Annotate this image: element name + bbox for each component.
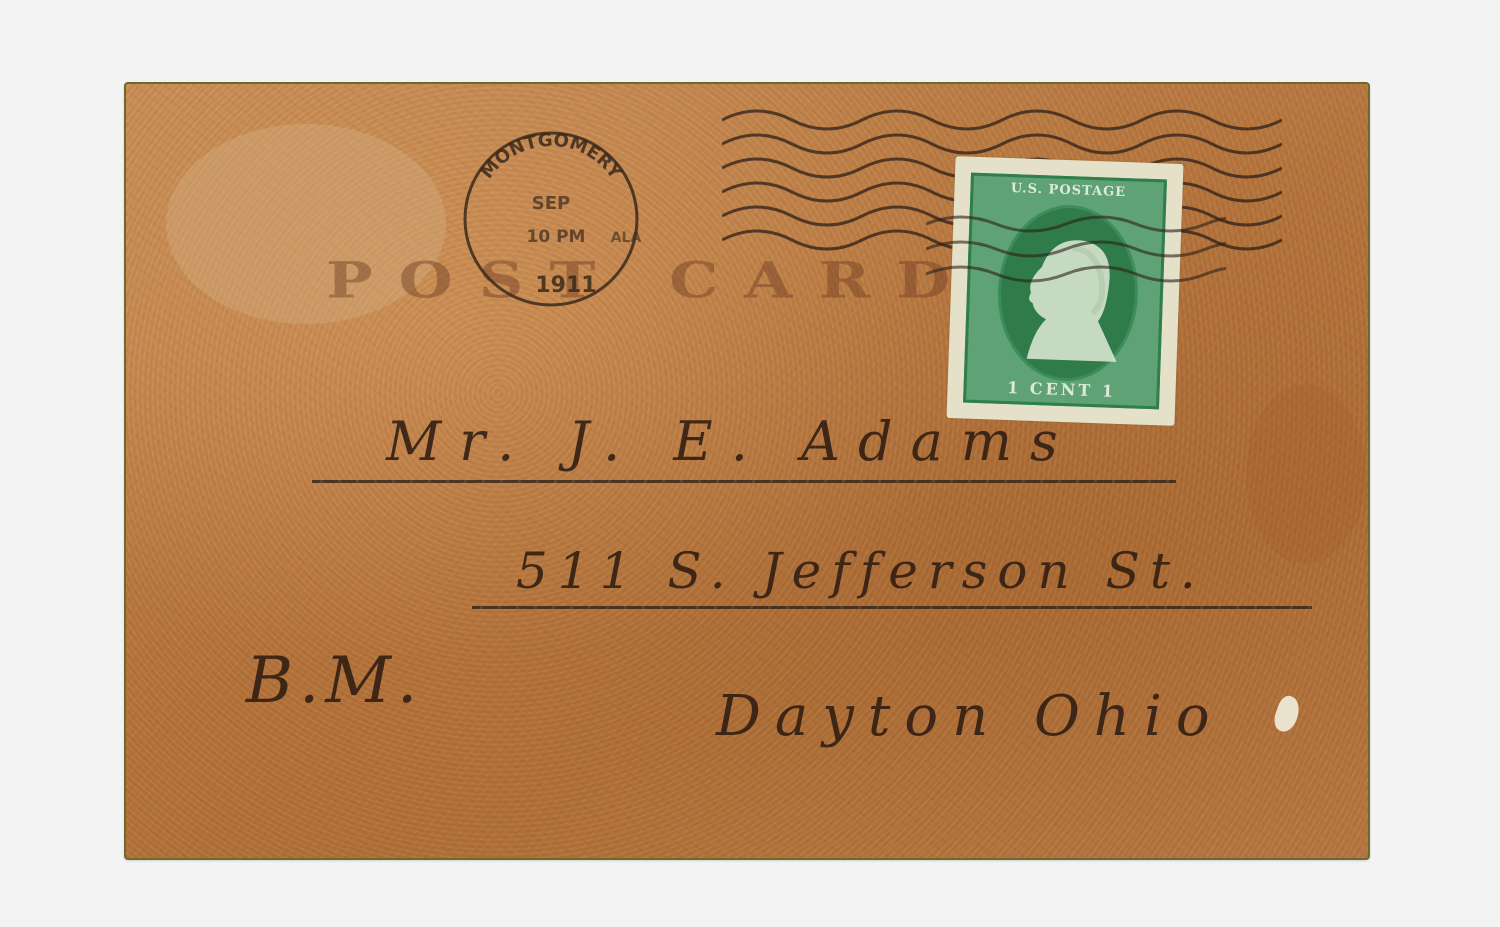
circular-postmark: MONTGOMERY SEP 10 PM 1911 ALA (456, 124, 646, 314)
postmark-time: 10 PM (527, 227, 586, 247)
postmark-city: MONTGOMERY (476, 130, 626, 184)
address-street-line: 511 S. Jefferson St. (516, 542, 1206, 600)
sender-initials: B.M. (246, 644, 423, 718)
postage-stamp: U.S. POSTAGE 1 CENT 1 (946, 156, 1183, 426)
postmark-state: ALA (611, 230, 642, 246)
stamp-top-text: U.S. POSTAGE (973, 180, 1163, 202)
address-city-line: Dayton Ohio (716, 684, 1224, 749)
leather-postcard: POST CARD MONTGOMERY SEP 10 PM 1911 ALA (124, 82, 1370, 860)
postmark-month: SEP (532, 193, 570, 214)
stamp-cancellation-lines (926, 204, 1226, 284)
address-rule-2 (472, 606, 1312, 609)
postmark-year: 1911 (535, 273, 596, 298)
stamp-bottom-text: 1 CENT 1 (966, 377, 1157, 403)
address-rule-1 (312, 480, 1176, 483)
address-name-line: Mr. J. E. Adams (386, 410, 1076, 473)
svg-text:MONTGOMERY: MONTGOMERY (476, 130, 626, 184)
worn-spot (1271, 693, 1304, 734)
dark-stain (1246, 384, 1366, 564)
